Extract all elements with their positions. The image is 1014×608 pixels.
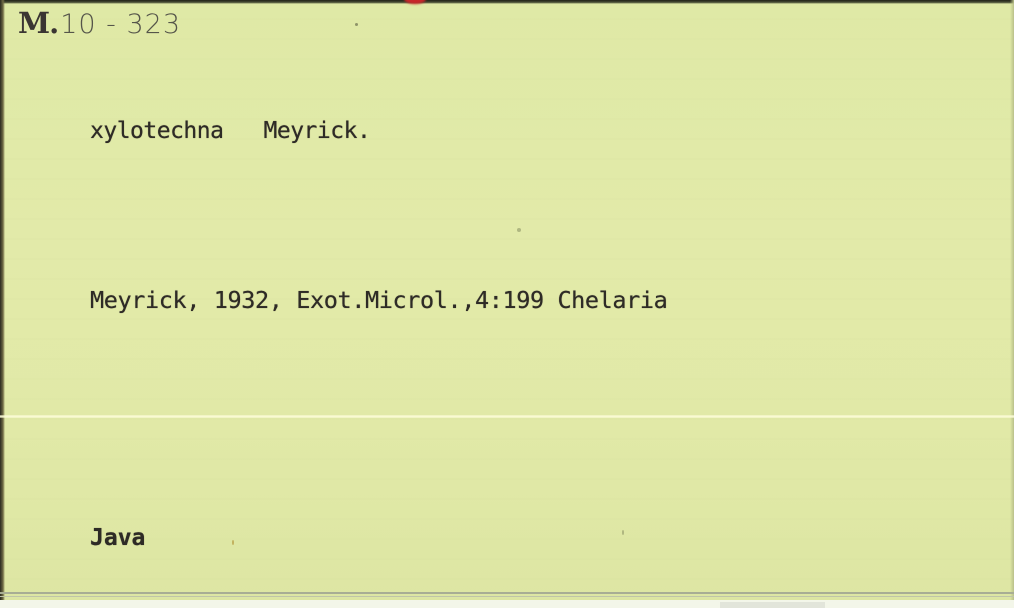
- card-bottom-strip: [0, 600, 1014, 608]
- catalog-handwritten-number: 10 - 323: [60, 9, 181, 40]
- dust-speck: [517, 228, 521, 232]
- card-top-edge: [0, 0, 1014, 4]
- index-card: M.10 - 323 xylotechna Meyrick. Meyrick, …: [0, 0, 1014, 608]
- bottom-rule: [0, 592, 1014, 594]
- species-name: xylotechna Meyrick.: [90, 118, 370, 144]
- citation: Meyrick, 1932, Exot.Microl.,4:199 Chelar…: [90, 286, 667, 314]
- bottom-rule-secondary: [0, 596, 1014, 597]
- locality: Java: [90, 525, 145, 551]
- dust-speck: [622, 530, 624, 535]
- card-left-edge: [0, 0, 5, 608]
- catalog-number: M.10 - 323: [18, 6, 181, 40]
- catalog-prefix: M.: [18, 6, 58, 40]
- card-crease: [0, 415, 1014, 418]
- dust-speck: [232, 540, 234, 545]
- card-tab: [720, 602, 825, 608]
- dust-speck: [355, 23, 358, 26]
- card-right-edge: [1010, 0, 1014, 608]
